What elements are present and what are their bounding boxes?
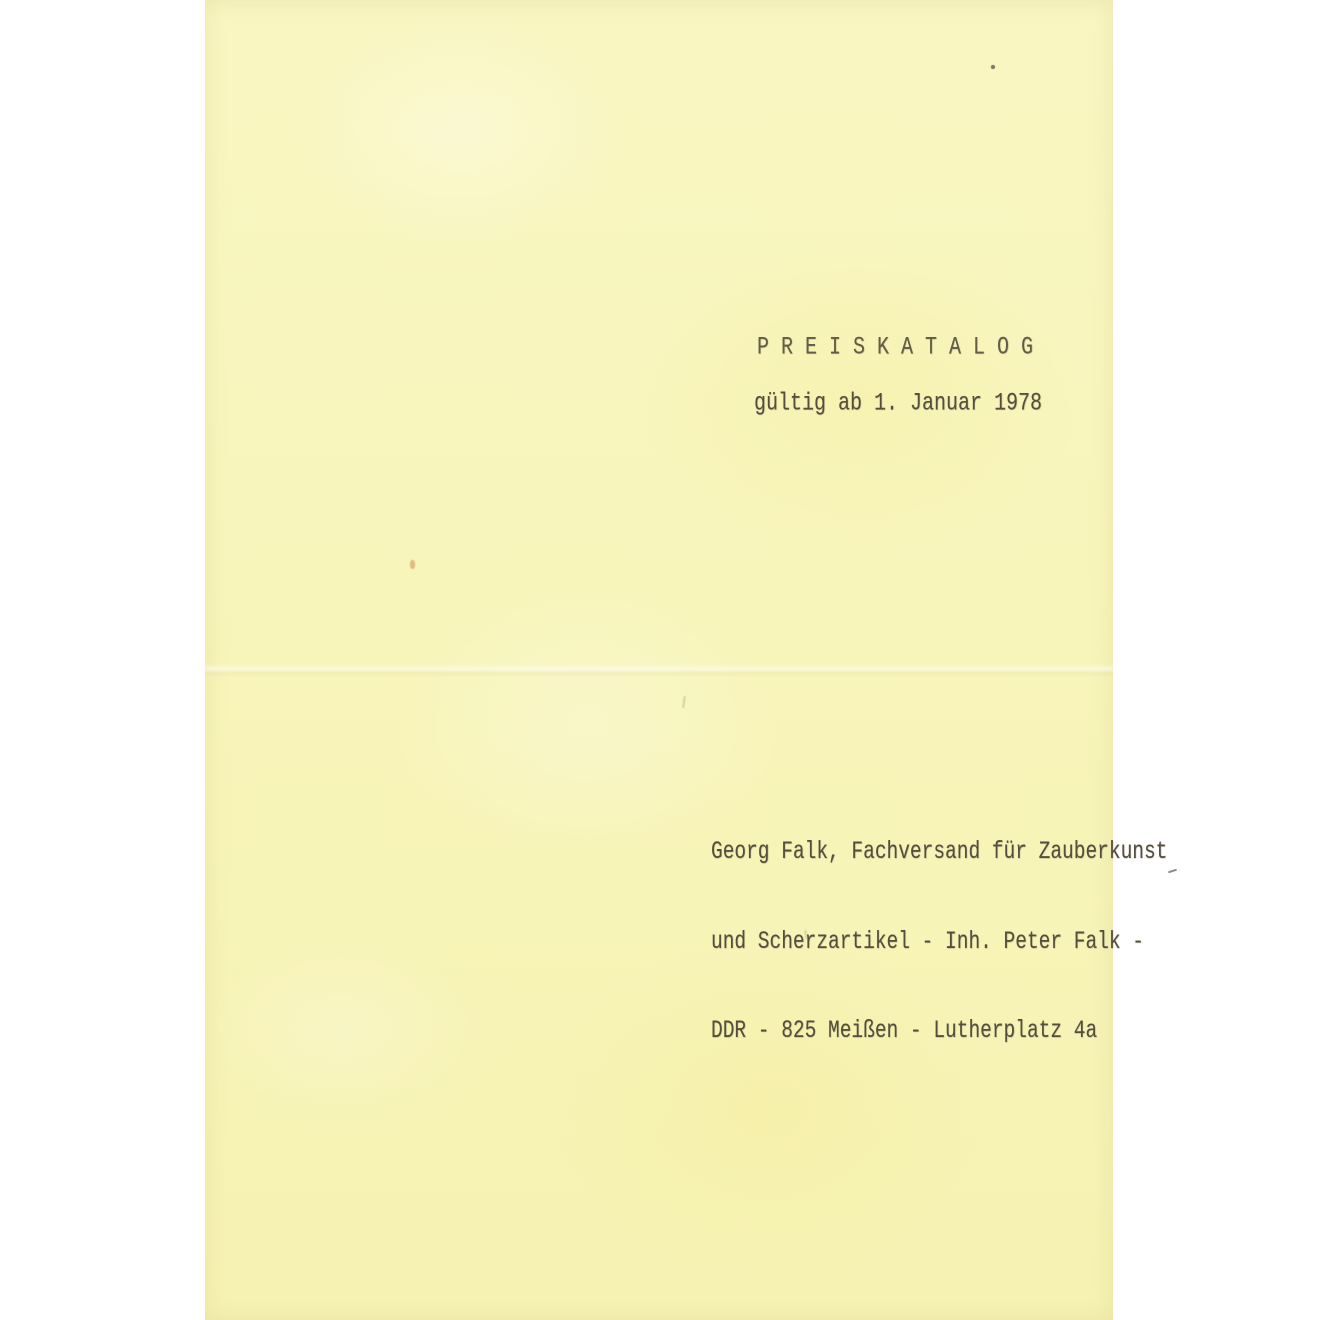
scanned-page-canvas: P R E I S K A T A L O G gültig ab 1. Jan… xyxy=(0,0,1320,1320)
pen-dash-mark xyxy=(1168,869,1177,874)
publisher-address-line: DDR - 825 Meißen - Lutherplatz 4a xyxy=(711,1017,1167,1047)
validity-date-line: gültig ab 1. Januar 1978 xyxy=(754,389,1042,419)
paper-edge-stain xyxy=(410,560,415,569)
ink-speck xyxy=(991,65,995,69)
publisher-address-block: Georg Falk, Fachversand für Zauberkunst … xyxy=(711,778,1167,1106)
catalog-title: P R E I S K A T A L O G xyxy=(757,333,1033,363)
paper-fiber-mark xyxy=(682,696,686,708)
catalog-cover-page: P R E I S K A T A L O G gültig ab 1. Jan… xyxy=(205,0,1113,1320)
publisher-address-line: und Scherzartikel - Inh. Peter Falk - xyxy=(711,927,1167,957)
publisher-address-line: Georg Falk, Fachversand für Zauberkunst xyxy=(711,838,1167,868)
fold-crease xyxy=(205,664,1113,676)
